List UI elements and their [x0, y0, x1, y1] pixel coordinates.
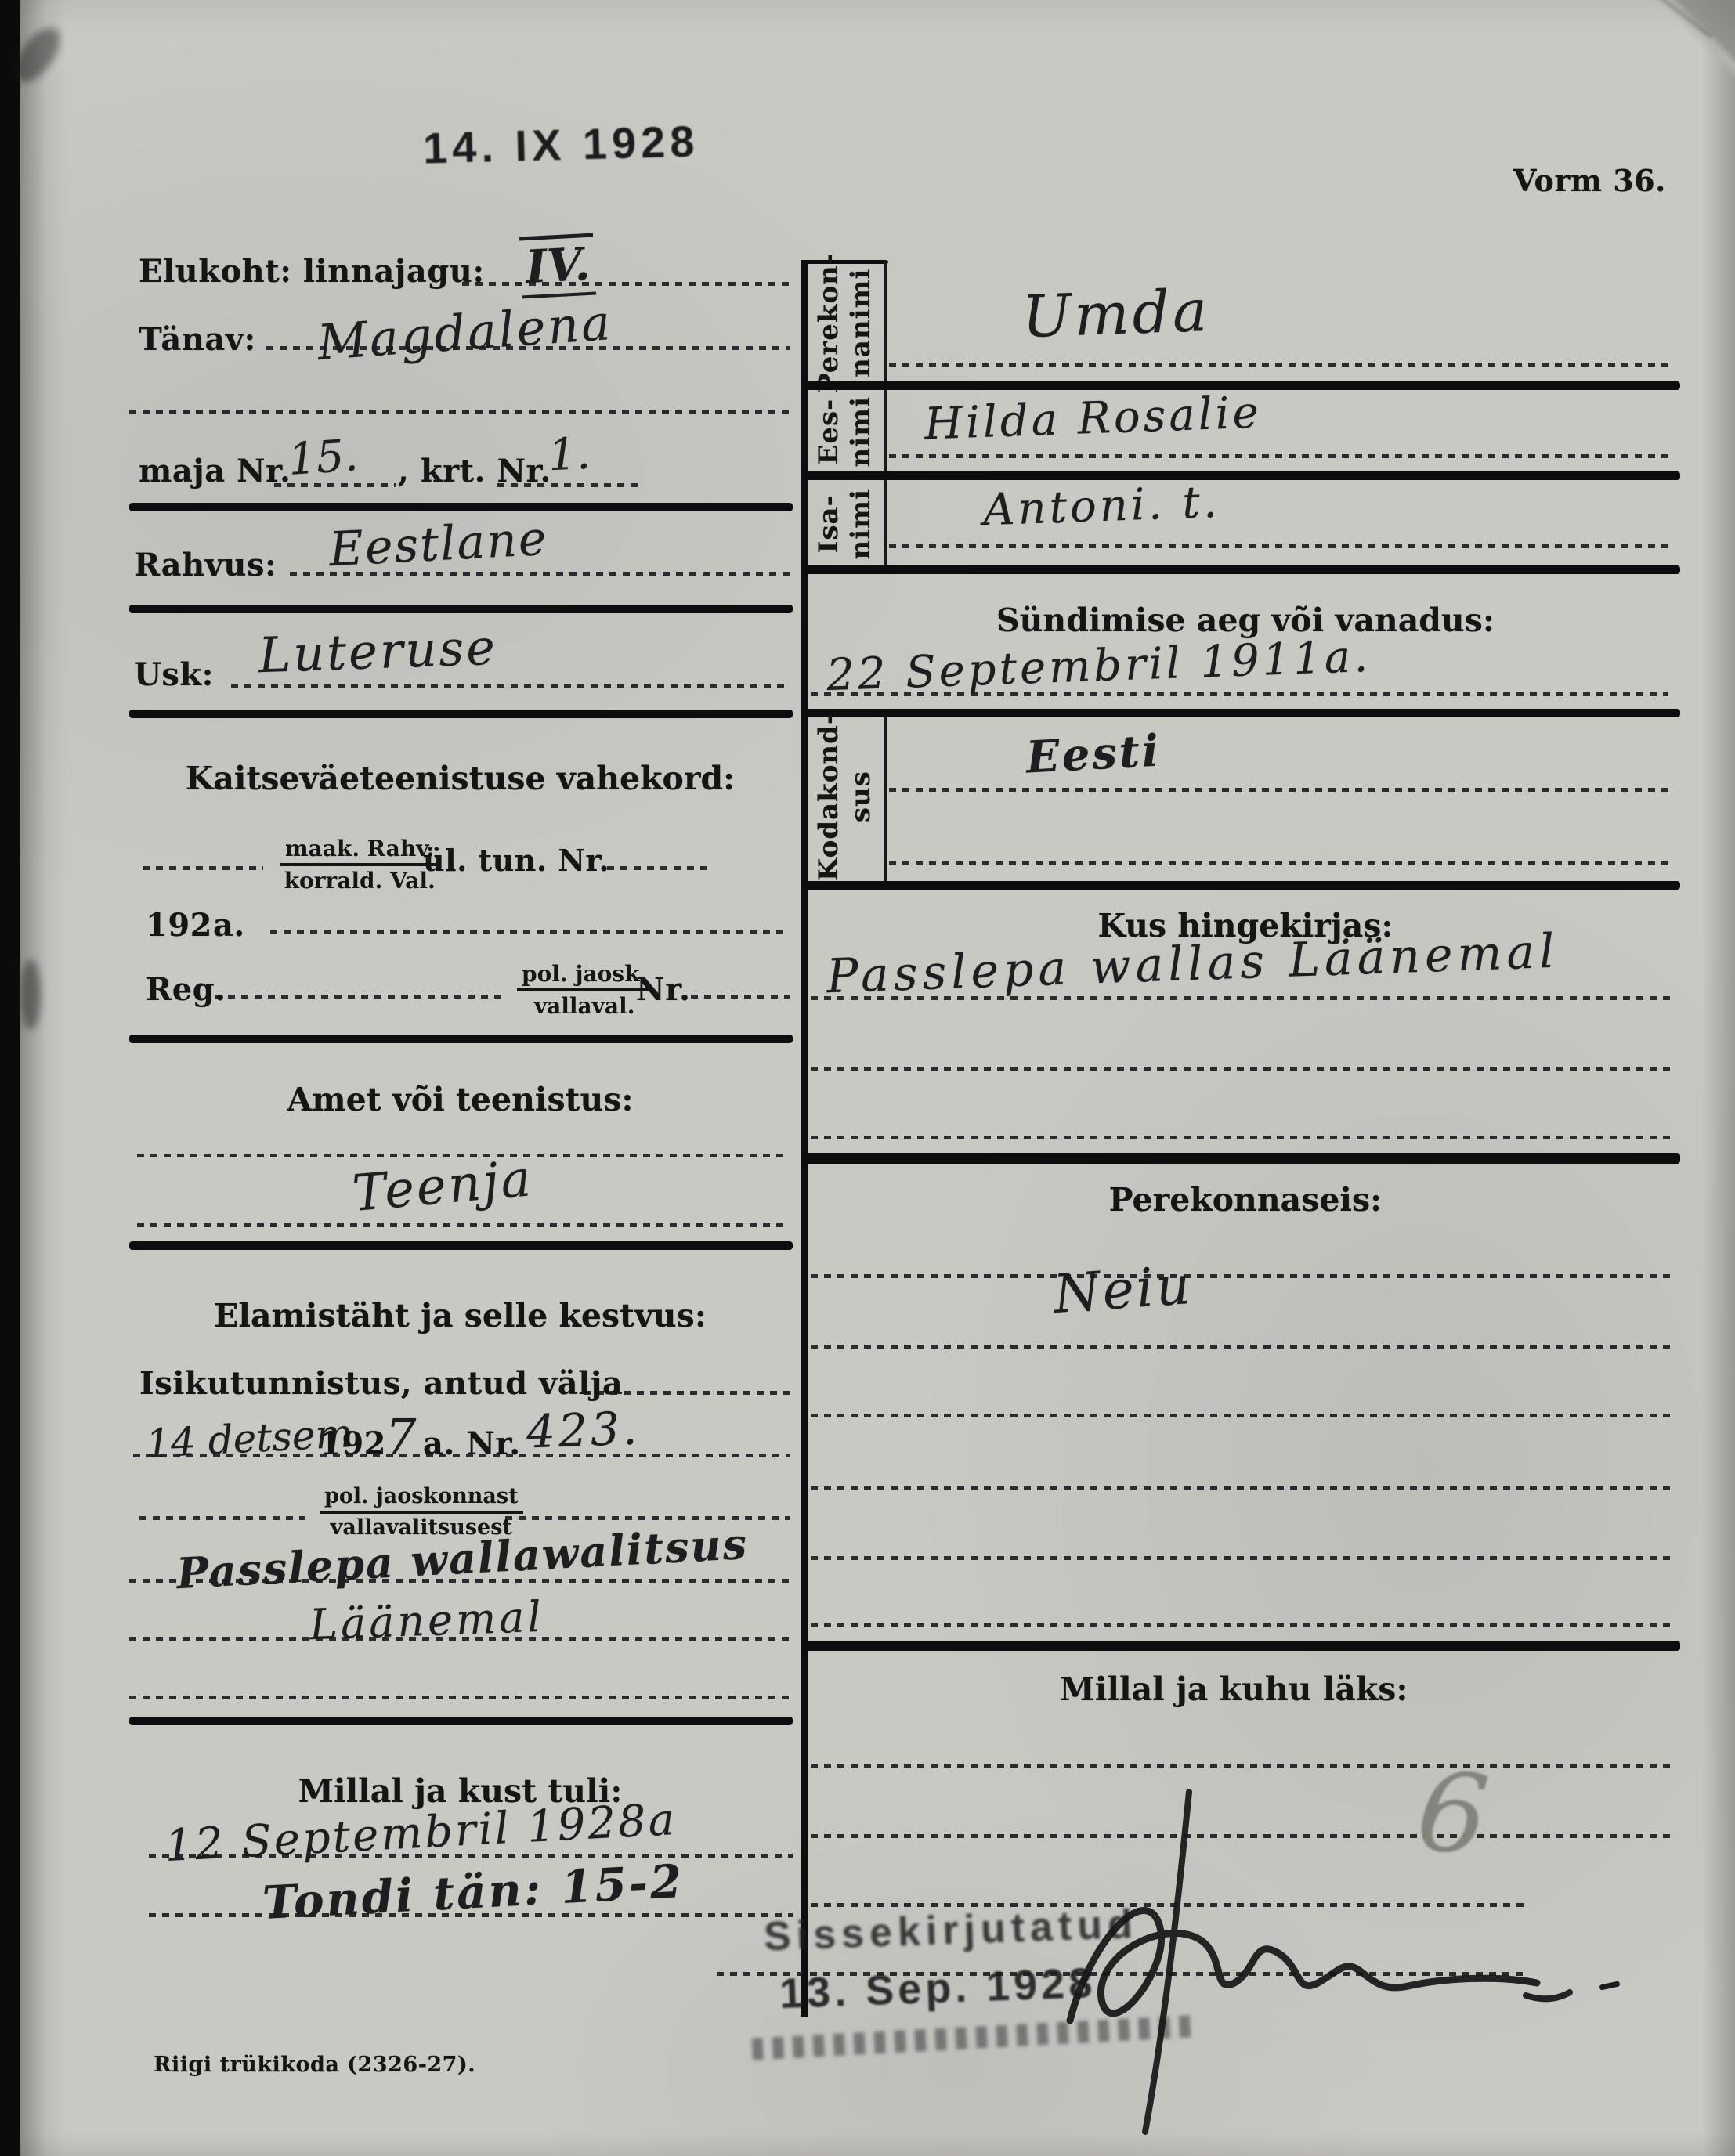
- label-cell-border: [884, 390, 887, 475]
- permit-issuer-handwriting-line2: Läänemal: [309, 1592, 545, 1649]
- form-number: Vorm 36.: [1513, 164, 1666, 197]
- rule-line: [129, 605, 793, 613]
- dotted-line: [462, 282, 790, 286]
- patronymic-label: Isa- nimi: [813, 489, 877, 560]
- marital-heading: Perekonnaseis:: [811, 1183, 1680, 1218]
- patronymic-handwriting: Antoni. t.: [982, 477, 1221, 536]
- dotted-line: [889, 363, 1668, 367]
- firstname-label: Ees- nimi: [813, 396, 877, 468]
- firstname-handwriting: Hilda Rosalie: [924, 388, 1263, 450]
- birth-handwriting: 22 Septembril 1911a.: [826, 631, 1372, 701]
- occupation-handwriting: Teenja: [350, 1150, 535, 1223]
- arrival-handwriting-line2: Tondi tän: 15-2: [262, 1854, 685, 1930]
- military-fraction: maak. Rahv. korrald. Val.: [280, 836, 439, 894]
- dotted-line: [607, 866, 709, 870]
- residence-value-handwriting: IV.: [519, 233, 596, 299]
- dotted-line: [811, 1623, 1672, 1627]
- ink-dash: [1599, 1981, 1621, 1990]
- permit-fraction-top: pol. jaoskonnast: [320, 1485, 523, 1514]
- rule-line: [129, 503, 793, 511]
- dotted-line: [129, 410, 790, 414]
- dotted-line: [811, 1556, 1672, 1560]
- house-number-handwriting: 15.: [287, 430, 360, 486]
- rule-line: [803, 471, 1680, 480]
- firstname-label-box: Ees- nimi: [808, 392, 882, 471]
- military-fraction2: pol. jaosk. vallaval.: [517, 962, 652, 1019]
- label-cell-border: [884, 717, 887, 881]
- dotted-line: [889, 544, 1668, 548]
- military-year-prefix: 192: [146, 908, 212, 943]
- scan-right-shadow: [1702, 0, 1735, 2156]
- dotted-line: [139, 1516, 305, 1520]
- permit-number-handwriting: 423.: [526, 1401, 641, 1458]
- religion-handwriting: Luteruse: [258, 619, 498, 684]
- military-nr-label: Nr.: [636, 973, 690, 1007]
- surname-handwriting: Umda: [1021, 277, 1212, 351]
- occupation-heading: Amet või teenistus:: [129, 1082, 791, 1118]
- rule-line: [129, 1241, 793, 1250]
- dotted-line: [811, 1414, 1672, 1417]
- entry-stamp-date: 13. Sep. 1928: [779, 1959, 1097, 2018]
- dotted-line: [811, 1067, 1672, 1071]
- dotted-line: [811, 1486, 1672, 1490]
- scanned-registration-form: 14. IX 1928 Vorm 36. Elukoht: linnajagu:…: [0, 0, 1735, 2156]
- printer-note: Riigi trükikoda (2326-27).: [154, 2053, 475, 2077]
- dotted-line: [129, 1696, 790, 1699]
- apartment-number-label: , krt. Nr.: [398, 454, 551, 489]
- permit-year-printed: 192: [320, 1427, 386, 1461]
- permit-year-suffix: a. Nr.: [423, 1427, 521, 1461]
- permit-heading: Elamistäht ja selle kestvus:: [129, 1298, 791, 1334]
- marital-handwriting: Neiu: [1051, 1255, 1194, 1326]
- military-fraction-bottom: korrald. Val.: [280, 866, 439, 893]
- rule-line: [803, 1641, 1680, 1651]
- dotted-line: [143, 866, 263, 870]
- dotted-line: [505, 1516, 790, 1520]
- military-fraction-top: maak. Rahv.: [280, 836, 439, 866]
- military-after-fraction-label: ül. tun. Nr.: [423, 844, 609, 877]
- departure-heading: Millal ja kuhu läks:: [811, 1672, 1657, 1707]
- rule-line: [803, 881, 1680, 890]
- street-value-handwriting: Magdalena: [316, 294, 614, 371]
- military-year-suffix: a.: [213, 908, 245, 943]
- dotted-line: [889, 861, 1668, 865]
- dotted-line: [811, 1345, 1672, 1349]
- label-cell-border: [884, 260, 887, 385]
- rule-line: [129, 1717, 793, 1725]
- birth-heading: Sündimise aeg või vanadus:: [811, 603, 1680, 638]
- house-number-label: maja Nr.: [139, 454, 291, 489]
- rule-line: [803, 709, 1680, 717]
- rule-line: [129, 710, 793, 718]
- column-divider: [801, 260, 808, 2017]
- scan-left-edge: [0, 0, 20, 2156]
- dotted-line: [889, 454, 1668, 458]
- surname-label: Perekon- nanimi: [813, 253, 877, 393]
- military-fraction2-bottom: vallaval.: [517, 991, 652, 1018]
- rule-line: [803, 1153, 1680, 1164]
- street-label: Tänav:: [139, 323, 256, 357]
- rule-line: [129, 1035, 793, 1043]
- military-heading: Kaitseväeteenistuse vahekord:: [129, 761, 791, 796]
- citizenship-handwriting: Eesti: [1025, 725, 1162, 784]
- dotted-line: [270, 930, 790, 934]
- military-reg-label: Reg.: [146, 973, 226, 1007]
- dotted-line: [889, 788, 1668, 792]
- military-fraction2-top: pol. jaosk.: [517, 962, 652, 991]
- scan-left-shadow: [20, 0, 67, 2156]
- signature: [1057, 1786, 1574, 2138]
- religion-label: Usk:: [134, 658, 214, 692]
- nationality-handwriting: Eestlane: [327, 511, 549, 578]
- dotted-line: [811, 1764, 1676, 1768]
- permit-year-handwriting: 7: [385, 1408, 416, 1465]
- apartment-number-handwriting: 1.: [547, 428, 591, 482]
- surname-label-box: Perekon- nanimi: [808, 266, 882, 380]
- dotted-line: [811, 1136, 1672, 1139]
- citizenship-label: Kodakond- sus: [813, 713, 877, 881]
- dotted-line: [215, 995, 504, 999]
- date-stamp-top: 14. IX 1928: [422, 115, 699, 173]
- dotted-line: [231, 684, 790, 688]
- permit-line-label: Isikutunnistus, antud välja: [139, 1367, 623, 1401]
- residence-label: Elukoht: linnajagu:: [139, 255, 485, 289]
- label-cell-border: [884, 480, 887, 568]
- citizenship-label-box: Kodakond- sus: [808, 719, 882, 876]
- arrival-heading: Millal ja kust tuli:: [129, 1774, 791, 1809]
- dotted-line: [691, 995, 790, 999]
- nationality-label: Rahvus:: [134, 548, 277, 583]
- dotted-line: [811, 1274, 1676, 1278]
- ink-smudge: [20, 959, 41, 1030]
- page-corner-fold: [1633, 0, 1735, 82]
- rule-line: [803, 565, 1680, 574]
- patronymic-label-box: Isa- nimi: [808, 482, 882, 566]
- dotted-line: [137, 1223, 790, 1227]
